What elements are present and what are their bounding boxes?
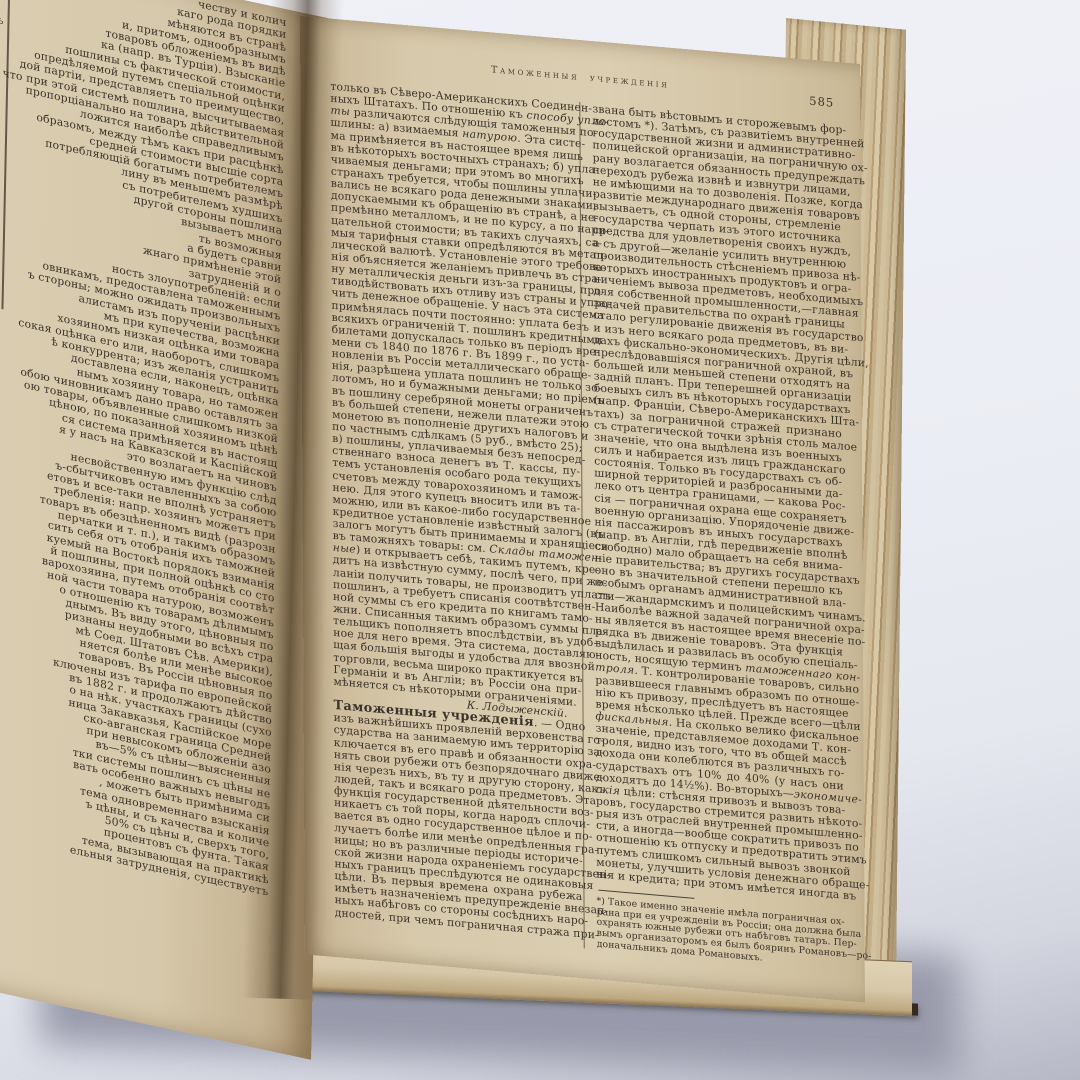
column-right-body: звана быть вѣстовымъ и сторожевымъ фор-п… xyxy=(592,103,844,902)
right-page: Таможенныя учрежденія 585 только въ Сѣве… xyxy=(300,16,865,1002)
left-page-text-column: честву и количкаго рода порядкимѣняются … xyxy=(0,0,287,899)
book-photo: ъагомъьявъъиеъоаыъьявъаиъоеъ честву и ко… xyxy=(0,0,1080,1080)
text-columns: только въ Сѣверо-Американскихъ Соединен-… xyxy=(330,81,844,972)
page-number: 585 xyxy=(809,94,834,110)
text-column-left: только въ Сѣверо-Американскихъ Соединен-… xyxy=(330,81,582,949)
footnote: *) Такое именно значеніе имѣла пограничн… xyxy=(596,896,844,971)
text-column-right: звана быть вѣстовымъ и сторожевымъ фор-п… xyxy=(579,102,844,971)
